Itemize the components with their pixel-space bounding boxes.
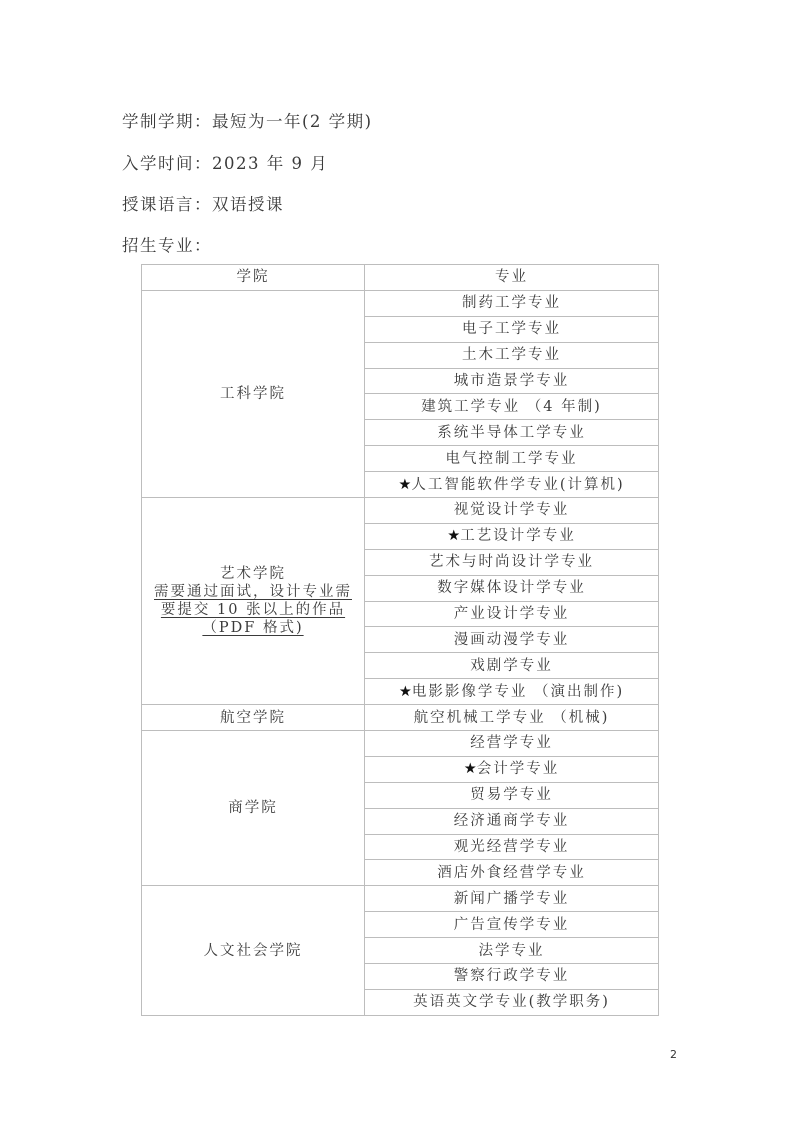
major-name: 新闻广播学专业	[454, 891, 570, 907]
star-icon: ★	[447, 528, 460, 544]
study-duration: 学制学期：最短为一年(2 学期)	[122, 108, 373, 132]
major-name: 英语英文学专业(教学职务)	[413, 994, 610, 1010]
major-cell: 酒店外食经营学专业	[365, 860, 659, 886]
major-cell: 贸易学专业	[365, 782, 659, 808]
major-cell: 戏剧学专业	[365, 653, 659, 679]
major-cell: 建筑工学专业 （4 年制)	[365, 394, 659, 420]
header-major: 专业	[365, 265, 659, 291]
major-name: 制药工学专业	[462, 295, 561, 311]
college-name: 商学院	[142, 799, 364, 817]
star-icon: ★	[398, 477, 411, 493]
major-name: 产业设计学专业	[454, 606, 570, 622]
major-name: 法学专业	[479, 943, 545, 959]
college-cell: 人文社会学院	[142, 886, 365, 1015]
major-cell: ★工艺设计学专业	[365, 523, 659, 549]
major-cell: 英语英文学专业(教学职务)	[365, 989, 659, 1015]
major-name: 艺术与时尚设计学专业	[429, 554, 594, 570]
major-cell: 警察行政学专业	[365, 964, 659, 990]
major-name: 人工智能软件学专业(计算机)	[411, 477, 624, 493]
major-cell: 视觉设计学专业	[365, 498, 659, 524]
table-row: 工科学院制药工学专业	[142, 290, 659, 316]
major-name: 经营学专业	[470, 735, 553, 751]
major-name: 酒店外食经营学专业	[437, 865, 586, 881]
major-cell: 法学专业	[365, 938, 659, 964]
table-row: 人文社会学院新闻广播学专业	[142, 886, 659, 912]
header-college: 学院	[142, 265, 365, 291]
teaching-language: 授课语言：双语授课	[122, 191, 284, 215]
major-name: 土木工学专业	[462, 347, 561, 363]
star-icon: ★	[399, 684, 412, 700]
major-name: 漫画动漫学专业	[454, 632, 570, 648]
major-name: 视觉设计学专业	[454, 502, 570, 518]
major-cell: 观光经营学专业	[365, 834, 659, 860]
major-cell: 土木工学专业	[365, 342, 659, 368]
major-name: 工艺设计学专业	[460, 528, 576, 544]
college-cell: 航空学院	[142, 705, 365, 731]
major-cell: 数字媒体设计学专业	[365, 575, 659, 601]
majors-table: 学院 专业 工科学院制药工学专业电子工学专业土木工学专业城市造景学专业建筑工学专…	[141, 264, 659, 1016]
major-cell: ★电影影像学专业 （演出制作)	[365, 679, 659, 705]
table-row: 航空学院航空机械工学专业 （机械)	[142, 705, 659, 731]
major-cell: 经济通商学专业	[365, 808, 659, 834]
major-name: 航空机械工学专业 （机械)	[414, 710, 610, 726]
major-cell: 新闻广播学专业	[365, 886, 659, 912]
college-note: 需要通过面试，设计专业需要提交 10 张以上的作品（PDF 格式)	[142, 583, 364, 637]
major-cell: ★人工智能软件学专业(计算机)	[365, 472, 659, 498]
major-name: 警察行政学专业	[454, 968, 570, 984]
admission-time: 入学时间：2023 年 9 月	[122, 150, 328, 174]
major-cell: 电子工学专业	[365, 316, 659, 342]
college-name: 航空学院	[142, 709, 364, 727]
college-name: 人文社会学院	[142, 942, 364, 960]
major-cell: ★会计学专业	[365, 756, 659, 782]
major-cell: 制药工学专业	[365, 290, 659, 316]
major-name: 广告宣传学专业	[454, 917, 570, 933]
college-cell: 工科学院	[142, 290, 365, 497]
major-name: 建筑工学专业 （4 年制)	[421, 399, 602, 415]
major-name: 贸易学专业	[470, 787, 553, 803]
major-name: 城市造景学专业	[454, 373, 570, 389]
college-name: 工科学院	[142, 385, 364, 403]
major-name: 数字媒体设计学专业	[437, 580, 586, 596]
major-name: 会计学专业	[477, 761, 560, 777]
major-cell: 广告宣传学专业	[365, 912, 659, 938]
college-name: 艺术学院	[142, 565, 364, 583]
majors-heading: 招生专业：	[122, 232, 212, 256]
major-name: 电气控制工学专业	[446, 451, 578, 467]
page-number: 2	[670, 1048, 677, 1061]
major-name: 经济通商学专业	[454, 813, 570, 829]
star-icon: ★	[464, 761, 477, 777]
major-cell: 产业设计学专业	[365, 601, 659, 627]
major-cell: 系统半导体工学专业	[365, 420, 659, 446]
major-cell: 航空机械工学专业 （机械)	[365, 705, 659, 731]
major-name: 观光经营学专业	[454, 839, 570, 855]
college-cell: 商学院	[142, 731, 365, 886]
table-row: 商学院经营学专业	[142, 731, 659, 757]
table-row: 艺术学院需要通过面试，设计专业需要提交 10 张以上的作品（PDF 格式)视觉设…	[142, 498, 659, 524]
major-cell: 电气控制工学专业	[365, 446, 659, 472]
major-name: 戏剧学专业	[470, 658, 553, 674]
major-cell: 经营学专业	[365, 731, 659, 757]
major-cell: 漫画动漫学专业	[365, 627, 659, 653]
major-name: 电影影像学专业 （演出制作)	[412, 684, 624, 700]
majors-table-body: 学院 专业 工科学院制药工学专业电子工学专业土木工学专业城市造景学专业建筑工学专…	[142, 265, 659, 1016]
table-header-row: 学院 专业	[142, 265, 659, 291]
major-name: 电子工学专业	[462, 321, 561, 337]
major-cell: 艺术与时尚设计学专业	[365, 549, 659, 575]
college-cell: 艺术学院需要通过面试，设计专业需要提交 10 张以上的作品（PDF 格式)	[142, 498, 365, 705]
major-name: 系统半导体工学专业	[437, 425, 586, 441]
major-cell: 城市造景学专业	[365, 368, 659, 394]
